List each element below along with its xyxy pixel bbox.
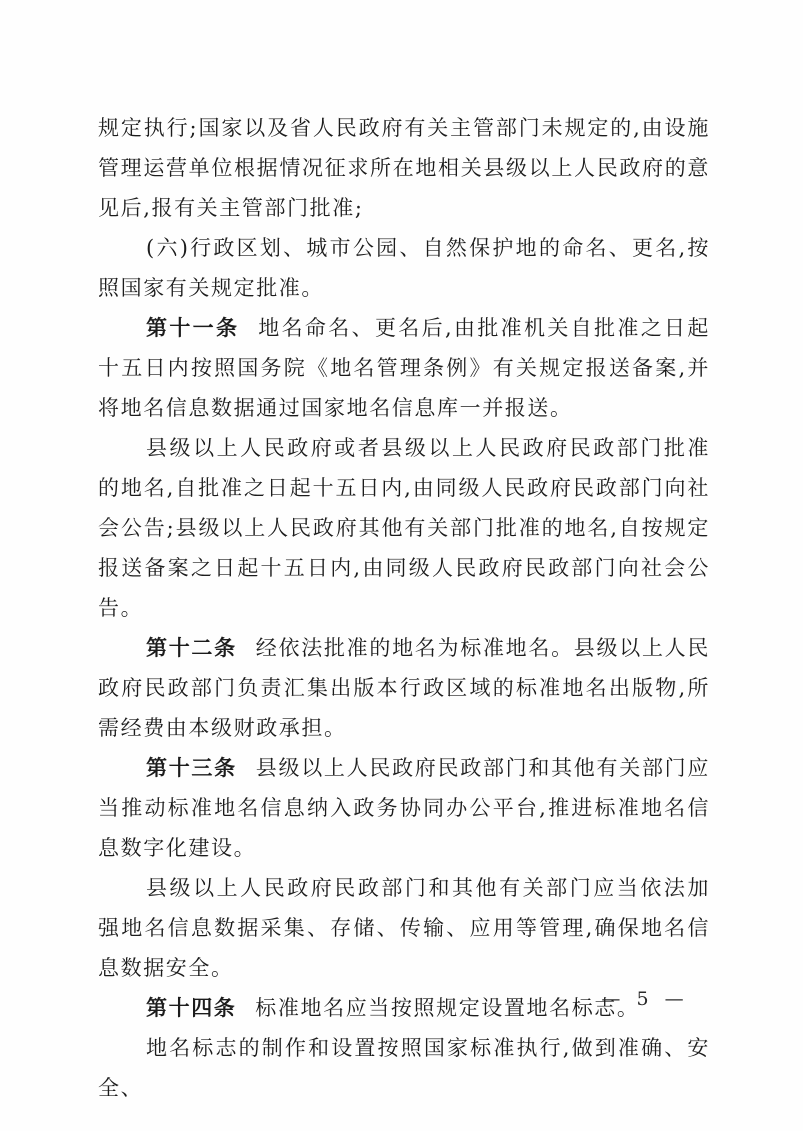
paragraph: 地名标志的制作和设置按照国家标准执行,做到准确、安全、 [98,1028,710,1108]
paragraph: (六)行政区划、城市公园、自然保护地的命名、更名,按照国家有关规定批准。 [98,228,710,308]
page-number: — 5 — [600,988,690,1010]
paragraph: 第十一条地名命名、更名后,由批准机关自批准之日起十五日内按照国务院《地名管理条例… [98,308,710,428]
paragraph-text: 县级以上人民政府民政部门和其他有关部门应当依法加强地名信息数据采集、存储、传输、… [98,876,710,980]
paragraph: 县级以上人民政府民政部门和其他有关部门应当依法加强地名信息数据采集、存储、传输、… [98,868,710,988]
paragraph: 第十二条经依法批准的地名为标准地名。县级以上人民政府民政部门负责汇集出版本行政区… [98,628,710,748]
paragraph: 规定执行;国家以及省人民政府有关主管部门未规定的,由设施管理运营单位根据情况征求… [98,108,710,228]
paragraph: 第十三条县级以上人民政府民政部门和其他有关部门应当推动标准地名信息纳入政务协同办… [98,748,710,868]
paragraph-text: 县级以上人民政府或者县级以上人民政府民政部门批准的地名,自批准之日起十五日内,由… [98,436,710,620]
article-number: 第十一条 [146,315,239,340]
document-page: 规定执行;国家以及省人民政府有关主管部门未规定的,由设施管理运营单位根据情况征求… [0,0,803,1131]
document-text-block: 规定执行;国家以及省人民政府有关主管部门未规定的,由设施管理运营单位根据情况征求… [98,108,710,1108]
paragraph-text: (六)行政区划、城市公园、自然保护地的命名、更名,按照国家有关规定批准。 [98,236,710,300]
article-number: 第十三条 [146,755,237,780]
paragraph: 县级以上人民政府或者县级以上人民政府民政部门批准的地名,自批准之日起十五日内,由… [98,428,710,628]
paragraph-text: 标准地名应当按照规定设置地名标志。 [255,996,639,1020]
article-number: 第十四条 [146,995,236,1020]
article-number: 第十二条 [146,635,237,660]
paragraph-text: 规定执行;国家以及省人民政府有关主管部门未规定的,由设施管理运营单位根据情况征求… [98,116,710,220]
paragraph-text: 地名标志的制作和设置按照国家标准执行,做到准确、安全、 [98,1036,710,1100]
